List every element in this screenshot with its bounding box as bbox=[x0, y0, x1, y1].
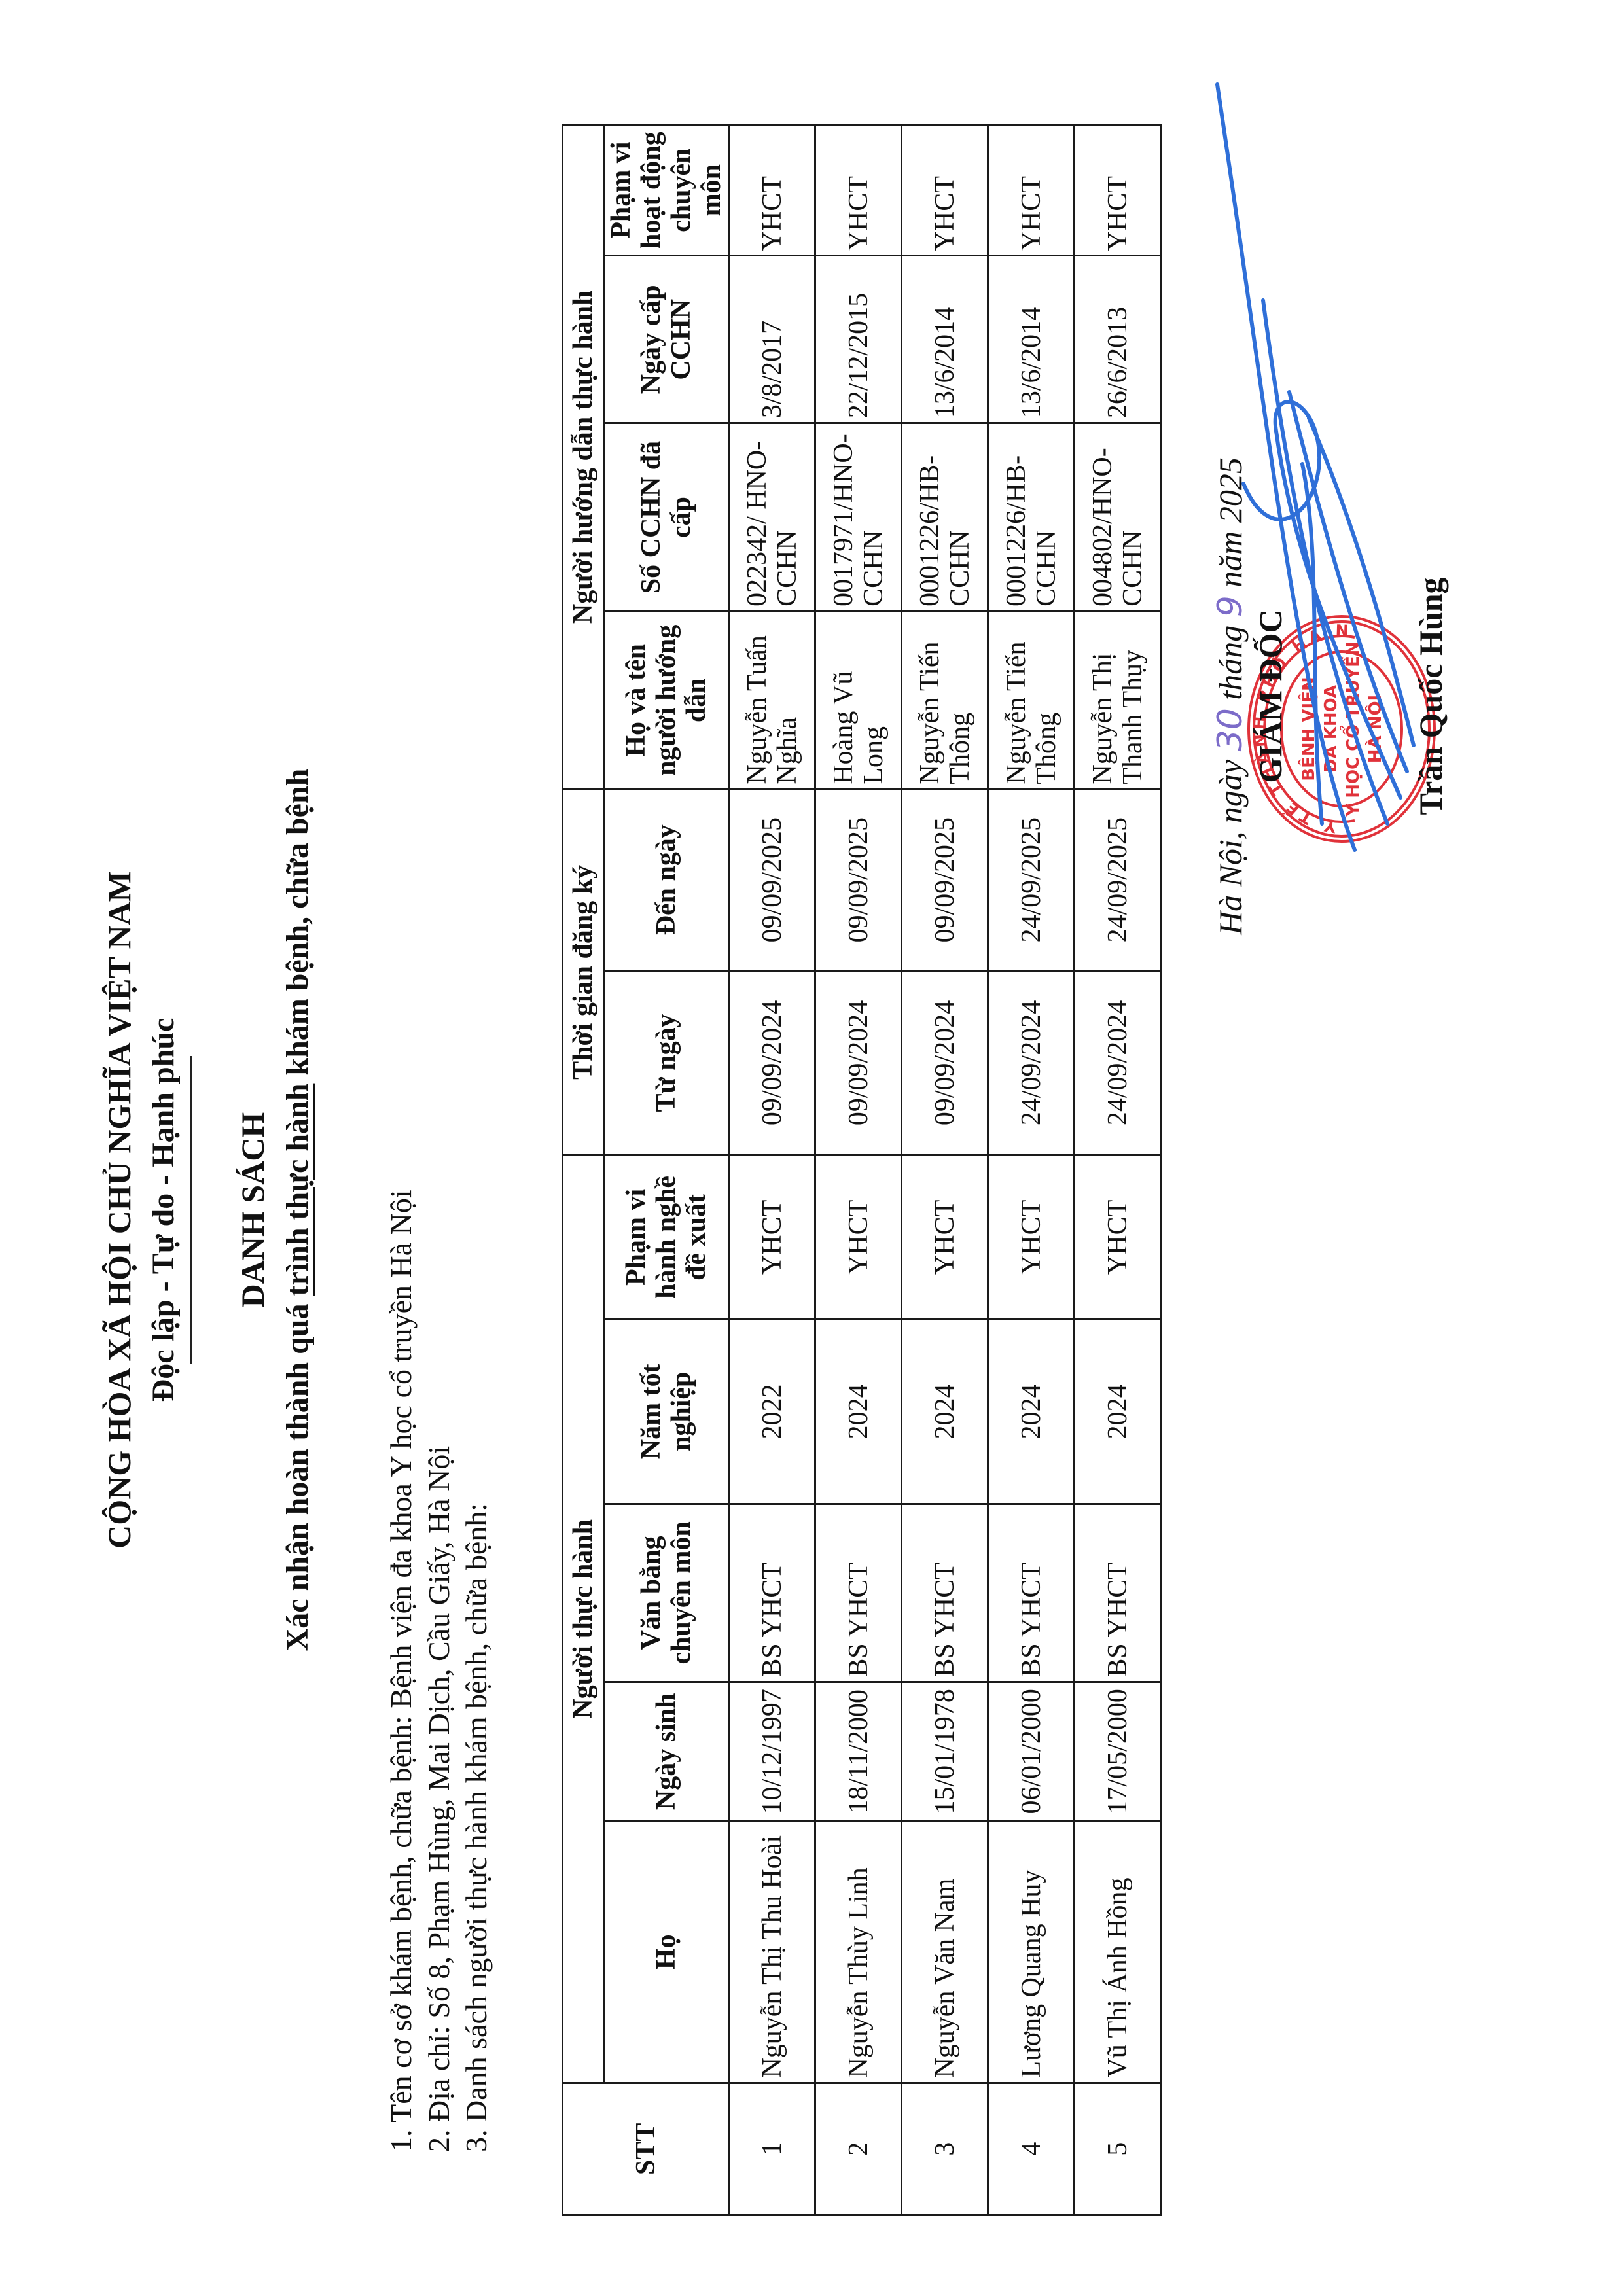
cell-name: Nguyễn Thùy Linh bbox=[815, 1821, 902, 2083]
cell-dob: 10/12/1997 bbox=[729, 1682, 815, 1821]
cell-stt: 2 bbox=[815, 2083, 902, 2215]
cell-from-date: 09/09/2024 bbox=[729, 970, 815, 1155]
cell-degree: BS YHCT bbox=[729, 1504, 815, 1682]
cell-grad-year: 2024 bbox=[1075, 1319, 1161, 1504]
col-header-supervisor-name: Họ và tên người hướng dẫn bbox=[604, 611, 729, 789]
signing-date: Hà Nội, ngày 30 tháng 9 năm 2025 bbox=[1211, 434, 1250, 958]
cell-to-date: 09/09/2025 bbox=[902, 789, 988, 970]
col-header-stt: STT bbox=[563, 2083, 729, 2215]
cell-to-date: 09/09/2025 bbox=[815, 789, 902, 970]
signer-role: GIÁM ĐỐC bbox=[1250, 434, 1291, 958]
address-line: 2. Địa chỉ: Số 8, Phạm Hùng, Mai Dịch, C… bbox=[421, 1446, 457, 2152]
table-row: 2 Nguyễn Thùy Linh 18/11/2000 BS YHCT 20… bbox=[815, 125, 902, 2216]
cell-degree: BS YHCT bbox=[988, 1504, 1075, 1682]
cell-stt: 3 bbox=[902, 2083, 988, 2215]
cell-to-date: 09/09/2025 bbox=[729, 789, 815, 970]
cell-stt: 1 bbox=[729, 2083, 815, 2215]
cell-name: Lương Quang Huy bbox=[988, 1821, 1075, 2083]
cell-name: Nguyễn Thị Thu Hoài bbox=[729, 1821, 815, 2083]
cell-proposed-scope: YHCT bbox=[729, 1156, 815, 1319]
cell-from-date: 09/09/2024 bbox=[902, 970, 988, 1155]
cell-license-no: 004802/HNO-CCHN bbox=[1075, 423, 1161, 612]
table-column-header-row: Họ Ngày sinh Văn bằng chuyên môn Năm tốt… bbox=[604, 125, 729, 2216]
subtitle-part: Xác nhận hoàn thành quá bbox=[280, 1296, 315, 1651]
subtitle-part: khám bệnh, chữa bệnh bbox=[280, 769, 315, 1084]
cell-dob: 17/05/2000 bbox=[1075, 1682, 1161, 1821]
cell-proposed-scope: YHCT bbox=[988, 1156, 1075, 1319]
cell-supervisor-scope: YHCT bbox=[1075, 125, 1161, 256]
cell-supervisor-scope: YHCT bbox=[902, 125, 988, 256]
cell-supervisor-scope: YHCT bbox=[815, 125, 902, 256]
handwritten-day: 30 bbox=[1211, 708, 1250, 751]
motto-underline bbox=[190, 1056, 192, 1364]
cell-to-date: 24/09/2025 bbox=[1075, 789, 1161, 970]
col-header-license-no: Số CCHN đã cấp bbox=[604, 423, 729, 612]
col-header-license-date: Ngày cấp CCHN bbox=[604, 256, 729, 423]
cell-proposed-scope: YHCT bbox=[902, 1156, 988, 1319]
group-header-supervisor: Người hướng dẫn thực hành bbox=[563, 125, 604, 790]
cell-degree: BS YHCT bbox=[1075, 1504, 1161, 1682]
national-motto: Độc lập - Tự do - Hạnh phúc bbox=[144, 817, 183, 1602]
col-header-name: Họ bbox=[604, 1821, 729, 2083]
date-year-label: năm 2025 bbox=[1212, 457, 1249, 595]
subtitle-underlined-part: trình thực hành bbox=[280, 1084, 315, 1296]
col-header-supervisor-scope: Phạm vi hoạt động chuyên môn bbox=[604, 125, 729, 256]
cell-supervisor-name: Hoàng Vũ Long bbox=[815, 611, 902, 789]
cell-name: Vũ Thị Ánh Hồng bbox=[1075, 1821, 1161, 2083]
date-place-prefix: Hà Nội, ngày bbox=[1212, 751, 1249, 935]
practitioner-table: STT Người thực hành Thời gian đăng ký Ng… bbox=[562, 124, 1162, 2216]
list-intro-line: 3. Danh sách người thực hành khám bệnh, … bbox=[458, 1503, 495, 2152]
national-title: CỘNG HÒA XÃ HỘI CHỦ NGHĨA VIỆT NAM bbox=[98, 817, 140, 1602]
cell-license-no: 022342/ HNO-CCHN bbox=[729, 423, 815, 612]
rotated-document-page: CỘNG HÒA XÃ HỘI CHỦ NGHĨA VIỆT NAM Độc l… bbox=[0, 0, 1623, 2296]
cell-from-date: 09/09/2024 bbox=[815, 970, 902, 1155]
cell-license-no: 0001226/HB-CCHN bbox=[902, 423, 988, 612]
cell-license-date: 26/6/2013 bbox=[1075, 256, 1161, 423]
document-subtitle: Xác nhận hoàn thành quá trình thực hành … bbox=[278, 621, 317, 1799]
cell-supervisor-name: Nguyễn Tuấn Nghĩa bbox=[729, 611, 815, 789]
cell-grad-year: 2022 bbox=[729, 1319, 815, 1504]
group-header-period: Thời gian đăng ký bbox=[563, 789, 604, 1155]
facility-name-line: 1. Tên cơ sở khám bệnh, chữa bệnh: Bệnh … bbox=[383, 1190, 419, 2152]
cell-supervisor-name: Nguyễn Thị Thanh Thụy bbox=[1075, 611, 1161, 789]
signer-name: Trần Quốc Hùng bbox=[1410, 434, 1451, 958]
cell-license-date: 13/6/2014 bbox=[902, 256, 988, 423]
cell-license-date: 22/12/2015 bbox=[815, 256, 902, 423]
cell-dob: 06/01/2000 bbox=[988, 1682, 1075, 1821]
cell-stt: 4 bbox=[988, 2083, 1075, 2215]
col-header-to-date: Đến ngày bbox=[604, 789, 729, 970]
col-header-from-date: Từ ngày bbox=[604, 970, 729, 1155]
cell-license-no: 0017971/HNO-CCHN bbox=[815, 423, 902, 612]
document-title: DANH SÁCH bbox=[232, 817, 273, 1602]
cell-name: Nguyễn Văn Nam bbox=[902, 1821, 988, 2083]
cell-dob: 18/11/2000 bbox=[815, 1682, 902, 1821]
table-row: 1 Nguyễn Thị Thu Hoài 10/12/1997 BS YHCT… bbox=[729, 125, 815, 2216]
col-header-dob: Ngày sinh bbox=[604, 1682, 729, 1821]
cell-license-date: 3/8/2017 bbox=[729, 256, 815, 423]
cell-grad-year: 2024 bbox=[902, 1319, 988, 1504]
handwritten-month: 9 bbox=[1211, 595, 1250, 617]
date-month-label: tháng bbox=[1212, 617, 1249, 708]
cell-degree: BS YHCT bbox=[902, 1504, 988, 1682]
group-header-practitioner: Người thực hành bbox=[563, 1156, 604, 2083]
table-row: 3 Nguyễn Văn Nam 15/01/1978 BS YHCT 2024… bbox=[902, 125, 988, 2216]
col-header-proposed-scope: Phạm vi hành nghề đề xuất bbox=[604, 1156, 729, 1319]
cell-supervisor-name: Nguyễn Tiến Thông bbox=[902, 611, 988, 789]
cell-proposed-scope: YHCT bbox=[1075, 1156, 1161, 1319]
cell-license-no: 0001226/HB-CCHN bbox=[988, 423, 1075, 612]
cell-supervisor-name: Nguyễn Tiến Thông bbox=[988, 611, 1075, 789]
table-group-header-row: STT Người thực hành Thời gian đăng ký Ng… bbox=[563, 125, 604, 2216]
cell-degree: BS YHCT bbox=[815, 1504, 902, 1682]
cell-stt: 5 bbox=[1075, 2083, 1161, 2215]
cell-supervisor-scope: YHCT bbox=[988, 125, 1075, 256]
cell-license-date: 13/6/2014 bbox=[988, 256, 1075, 423]
cell-grad-year: 2024 bbox=[815, 1319, 902, 1504]
cell-grad-year: 2024 bbox=[988, 1319, 1075, 1504]
cell-to-date: 24/09/2025 bbox=[988, 789, 1075, 970]
cell-supervisor-scope: YHCT bbox=[729, 125, 815, 256]
table-row: 5 Vũ Thị Ánh Hồng 17/05/2000 BS YHCT 202… bbox=[1075, 125, 1161, 2216]
col-header-degree: Văn bằng chuyên môn bbox=[604, 1504, 729, 1682]
col-header-grad-year: Năm tốt nghiệp bbox=[604, 1319, 729, 1504]
cell-proposed-scope: YHCT bbox=[815, 1156, 902, 1319]
cell-from-date: 24/09/2024 bbox=[988, 970, 1075, 1155]
cell-dob: 15/01/1978 bbox=[902, 1682, 988, 1821]
cell-from-date: 24/09/2024 bbox=[1075, 970, 1161, 1155]
table-row: 4 Lương Quang Huy 06/01/2000 BS YHCT 202… bbox=[988, 125, 1075, 2216]
